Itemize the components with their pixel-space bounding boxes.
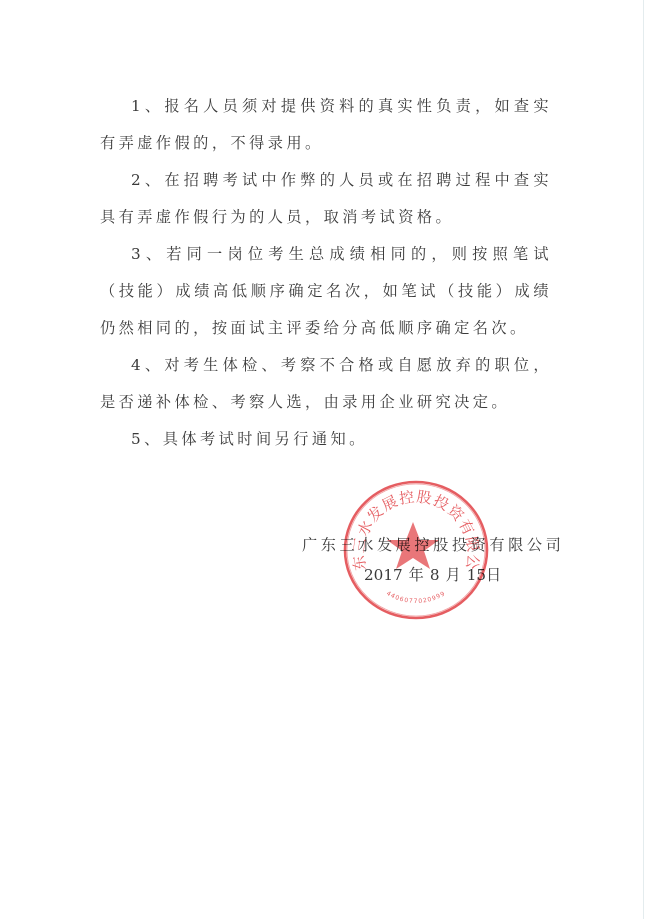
signature-date: 2017年8月15日 — [364, 564, 501, 585]
document-body: 1、报名人员须对提供资料的真实性负责，如查实有弄虚作假的，不得录用。 2、在招聘… — [100, 88, 552, 458]
seal-serial-number: 4406077020999 — [385, 590, 447, 605]
seal-arc-text: 广东三水发展控股投资有限公司 — [340, 478, 482, 572]
paragraph-4: 4、对考生体检、考察不合格或自愿放弃的职位，是否递补体检、考察人选，由录用企业研… — [100, 347, 552, 421]
date-month: 8 — [430, 566, 440, 584]
company-name: 广东三水发展控股投资有限公司 — [302, 534, 564, 555]
paragraph-3: 3、若同一岗位考生总成绩相同的，则按照笔试（技能）成绩高低顺序确定名次，如笔试（… — [100, 236, 552, 347]
date-year-unit: 年 — [409, 566, 424, 584]
scan-edge-line — [643, 0, 644, 919]
date-month-unit: 月 — [446, 566, 461, 584]
svg-text:广东三水发展控股投资有限公司: 广东三水发展控股投资有限公司 — [340, 478, 482, 572]
paragraph-5: 5、具体考试时间另行通知。 — [100, 421, 552, 458]
paragraph-2: 2、在招聘考试中作弊的人员或在招聘过程中查实具有弄虚作假行为的人员，取消考试资格… — [100, 162, 552, 236]
document-page: 1、报名人员须对提供资料的真实性负责，如查实有弄虚作假的，不得录用。 2、在招聘… — [0, 0, 650, 919]
company-seal-stamp: 广东三水发展控股投资有限公司 4406077020999 — [340, 478, 492, 622]
date-day-unit: 日 — [486, 566, 501, 584]
star-icon — [387, 522, 439, 569]
svg-text:4406077020999: 4406077020999 — [385, 590, 447, 605]
date-year: 2017 — [364, 566, 403, 584]
paragraph-1: 1、报名人员须对提供资料的真实性负责，如查实有弄虚作假的，不得录用。 — [100, 88, 552, 162]
date-day: 15 — [467, 566, 486, 584]
